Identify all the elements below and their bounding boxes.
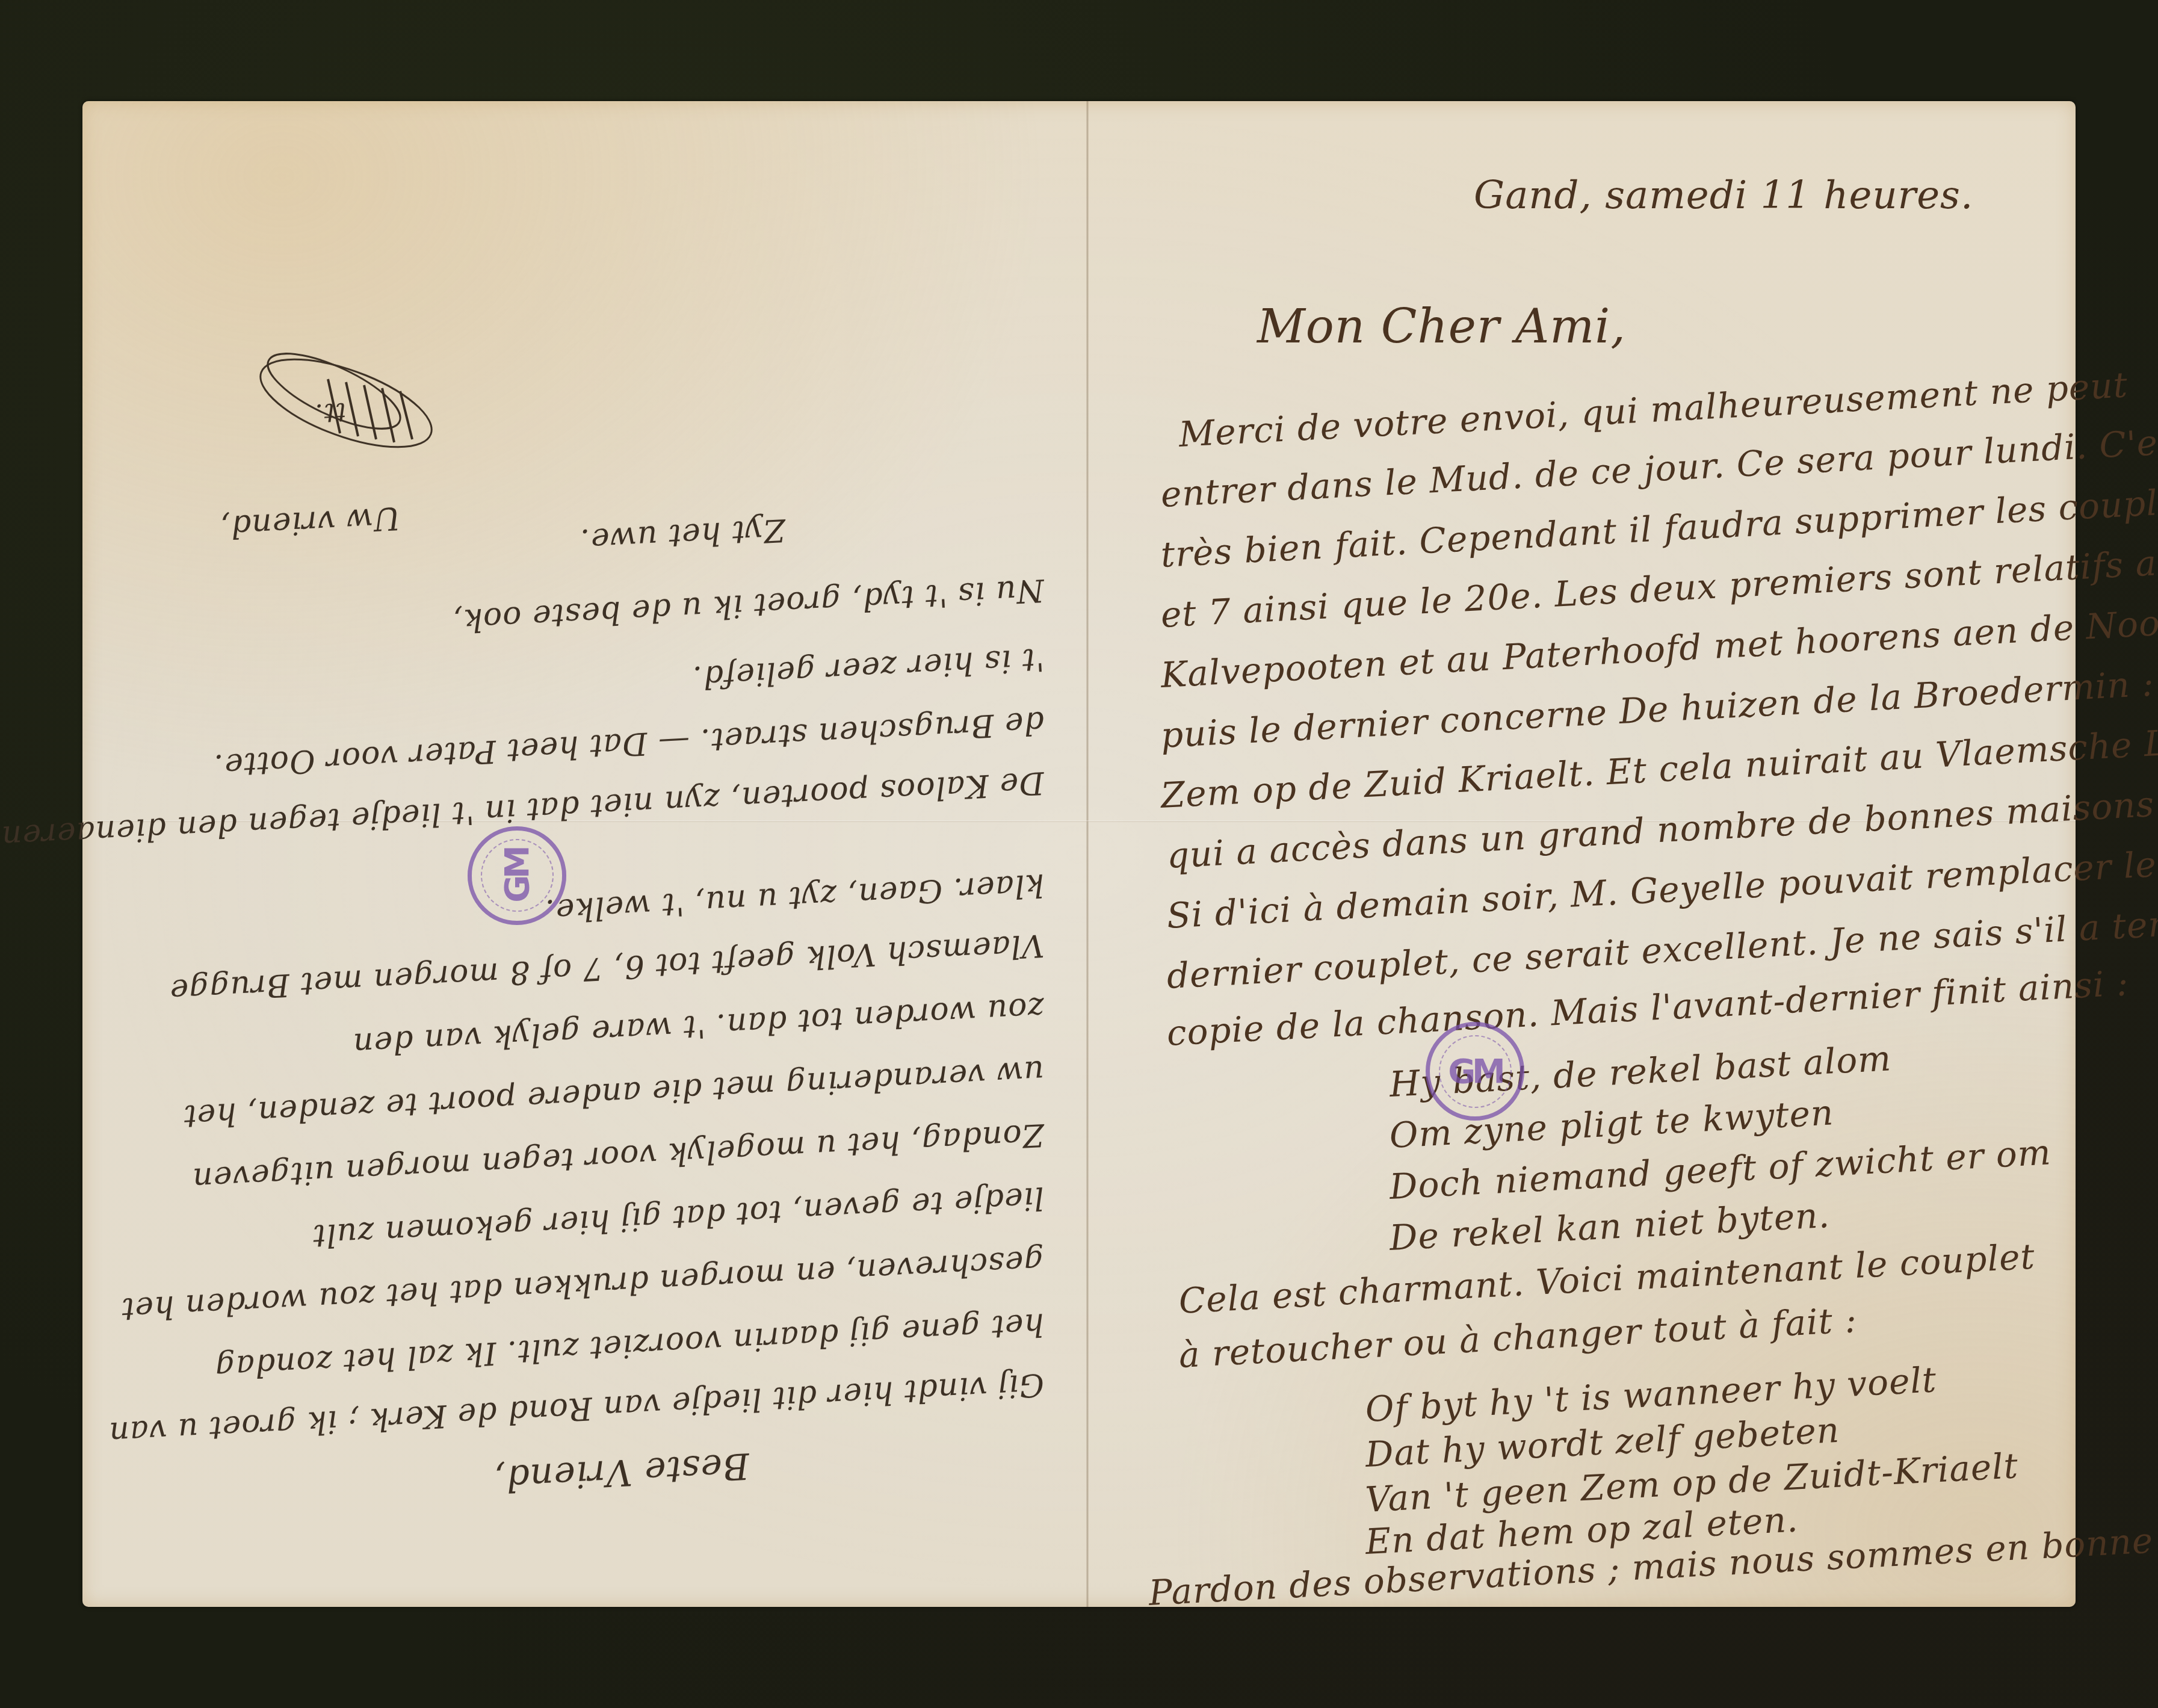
collection-stamp-right: GM (1426, 1022, 1524, 1121)
left-page: Beste Vriend, Gij vindt hier dit liedje … (82, 101, 1086, 1607)
dateline: Gand, samedi 11 heures. (1474, 173, 1973, 218)
left-body-line: zou worden tot dan. 't ware gelyk van de… (352, 990, 1045, 1062)
left-body-line: klaer. Gaen, zyt u nu, 't welke. (544, 867, 1045, 929)
left-body-line: uw verandering met die andere poort te z… (182, 1053, 1045, 1134)
left-page-upside-down-text: Beste Vriend, Gij vindt hier dit liedje … (82, 101, 1086, 1607)
verse-1-line: De rekel kan niet byten. (1388, 1195, 1831, 1258)
left-closing-line: Nu is 't tyd, groet ik u de beste ook, (452, 572, 1045, 639)
letter-sheet: Beste Vriend, Gij vindt hier dit liedje … (82, 101, 2076, 1607)
left-body-line: 't is hier zeer geliefd. (691, 641, 1045, 696)
stamp-monogram: GM (1439, 1035, 1512, 1108)
signature-flourish-icon (244, 331, 448, 475)
left-closing-line: Uw vriend, (219, 500, 401, 545)
stamp-monogram: GM (481, 840, 554, 912)
left-closing-line: Zyt het uwe. (579, 512, 787, 559)
right-page: Gand, samedi 11 heures. Mon Cher Ami, Me… (1089, 101, 2076, 1607)
left-salutation: Beste Vriend, (493, 1444, 750, 1500)
collection-stamp-left: GM (468, 826, 566, 925)
left-body-line: liedje te geven, tot dat gij hier gekome… (312, 1180, 1045, 1254)
body-line: Cela est charmant. Voici maintenant le c… (1178, 1236, 2036, 1321)
salutation: Mon Cher Ami, (1257, 300, 1626, 354)
left-body-line: Zondag, het u mogelyk voor tegen morgen … (191, 1116, 1045, 1197)
